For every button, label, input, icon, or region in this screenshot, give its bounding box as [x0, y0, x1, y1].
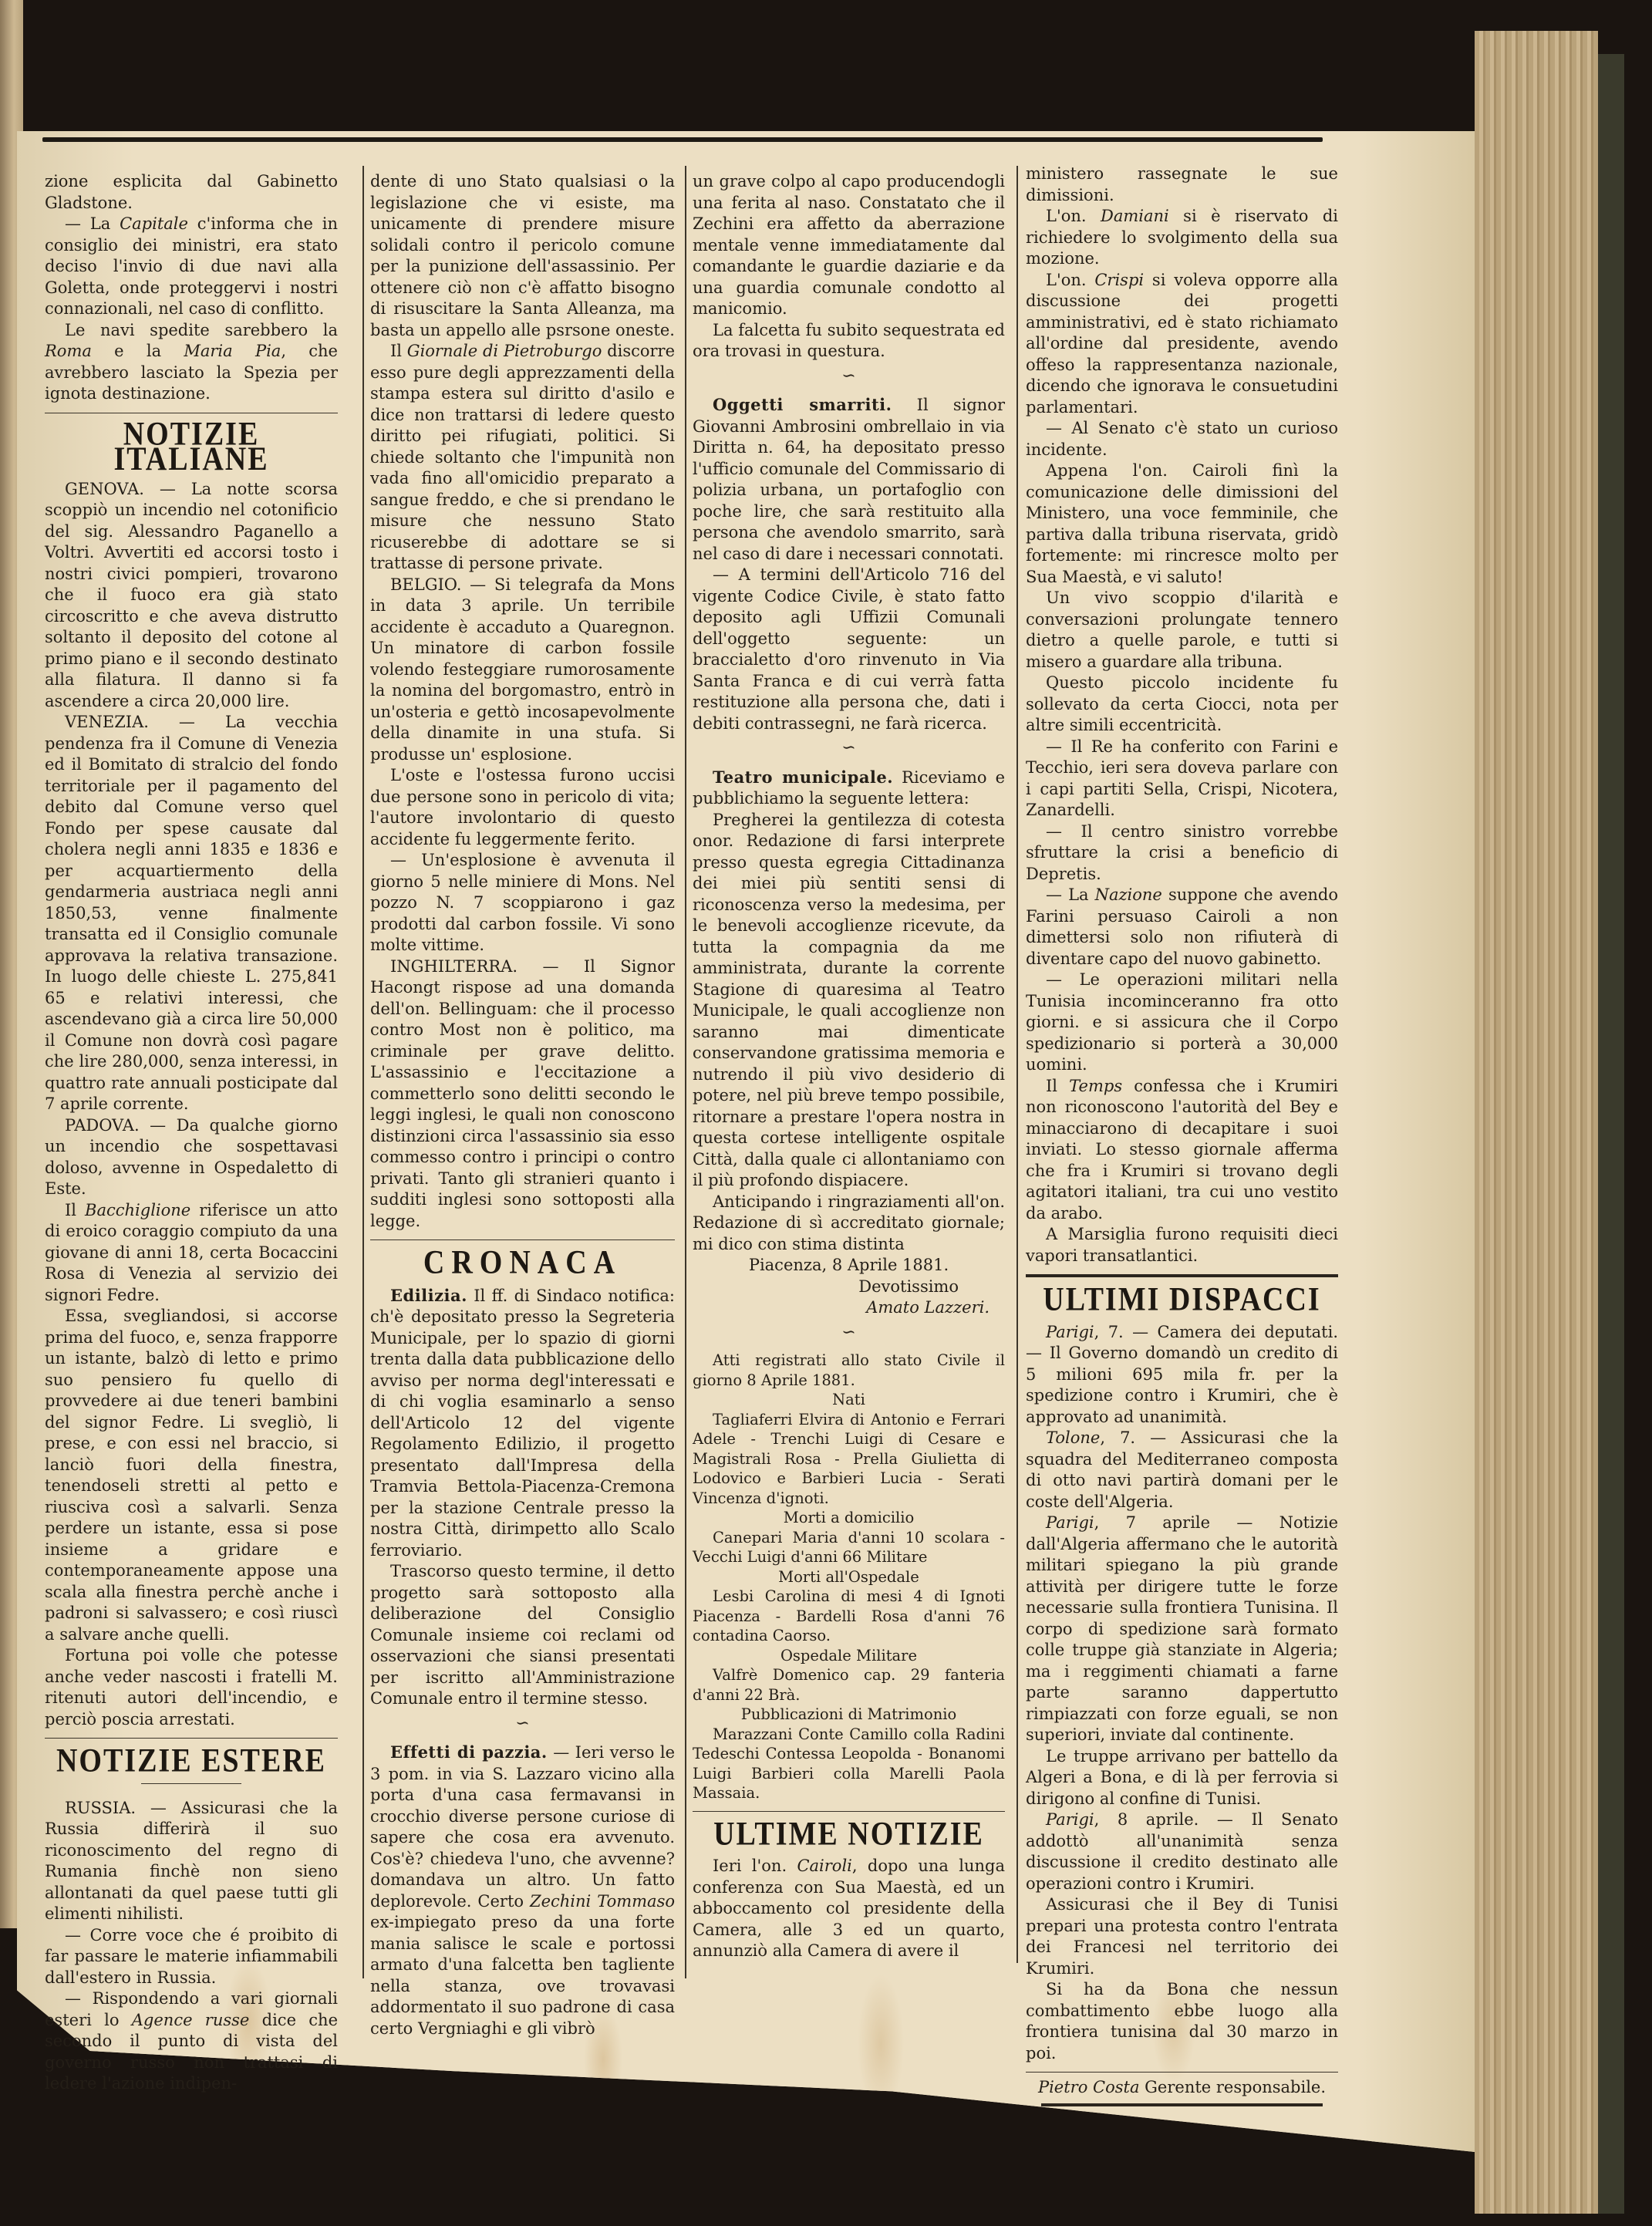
registry-heading: Ospedale Militare [693, 1646, 1005, 1666]
paragraph: L'on. Crispi si voleva opporre alla disc… [1026, 270, 1338, 419]
registry-heading: Nati [693, 1390, 1005, 1410]
paragraph: Il Giornale di Pietroburgo discorre esso… [370, 341, 675, 575]
paragraph: — Le operazioni militari nella Tunisia i… [1026, 970, 1338, 1076]
paragraph: — La Capitale c'informa che in consiglio… [45, 214, 338, 320]
column-1: zione esplicita dal Gabinetto Gladstone.… [45, 171, 338, 2095]
paragraph: ministero rassegnate le sue dimissioni. [1026, 164, 1338, 206]
article-teatro-municipale: Teatro municipale. Riceviamo e pubblichi… [693, 767, 1005, 810]
civil-registry-intro: Atti registrati allo stato Civile il gio… [693, 1351, 1005, 1390]
section-heading-notizie-estere: NOTIZIE ESTERE [45, 1749, 338, 1774]
article-inghilterra: INGHILTERRA. — Il Signor Hacongt rispose… [370, 956, 675, 1233]
registry-entries: Marazzani Conte Camillo colla Radini Ted… [693, 1725, 1005, 1803]
paragraph: zione esplicita dal Gabinetto Gladstone. [45, 171, 338, 214]
short-rule [141, 1783, 241, 1784]
paragraph: Un vivo scoppio d'ilarità e conversazion… [1026, 588, 1338, 673]
top-rule [42, 137, 1323, 142]
closing-rule [1041, 2103, 1323, 2106]
paragraph: L'oste e l'ostessa furono uccisi due per… [370, 765, 675, 850]
paragraph: Si ha da Bona che nessun combattimento e… [1026, 1979, 1338, 2064]
paragraph: A Marsiglia furono requisiti dieci vapor… [1026, 1224, 1338, 1266]
section-heading-notizie-italiane: NOTIZIE ITALIANE [45, 422, 338, 470]
article-genova: GENOVA. — La notte scorsa scoppiò un inc… [45, 479, 338, 713]
section-rule [1026, 1274, 1338, 1277]
article-edilizia: Edilizia. Il ff. di Sindaco notifica: ch… [370, 1285, 675, 1562]
paragraph: Fortuna poi volle che potesse anche vede… [45, 1645, 338, 1730]
registry-entries: Tagliaferri Elvira di Antonio e Ferrari … [693, 1410, 1005, 1509]
section-rule [693, 1811, 1005, 1812]
book-binding [1598, 54, 1624, 2214]
paragraph: Ieri l'on. Cairoli, dopo una lunga confe… [693, 1856, 1005, 1962]
paragraph: — La Nazione suppone che avendo Farini p… [1026, 885, 1338, 970]
column-2: dente di uno Stato qualsiasi o la legisl… [370, 171, 675, 2039]
paragraph: Trascorso questo termine, il detto proge… [370, 1561, 675, 1710]
letter-body: Pregherei la gentilezza di cotesta onor.… [693, 810, 1005, 1192]
paragraph: — Il Re ha conferito con Farini e Tecchi… [1026, 737, 1338, 821]
ornament-icon: ∽ [693, 737, 1005, 759]
section-heading-cronaca: CRONACA [370, 1251, 675, 1276]
paragraph: Appena l'on. Cairoli finì la comunicazio… [1026, 460, 1338, 588]
column-4: ministero rassegnate le sue dimissioni. … [1026, 164, 1338, 2111]
paragraph: Essa, svegliandosi, si accorse prima del… [45, 1306, 338, 1645]
ornament-icon: ∽ [370, 1713, 675, 1735]
letter-date: Piacenza, 8 Aprile 1881. [693, 1255, 1005, 1277]
registry-entries: Canepari Maria d'anni 10 scolara - Vecch… [693, 1528, 1005, 1567]
section-rule [45, 413, 338, 413]
registry-heading: Pubblicazioni di Matrimonio [693, 1705, 1005, 1725]
paragraph: Le truppe arrivano per battello da Alger… [1026, 1746, 1338, 1810]
registry-entries: Valfrè Domenico cap. 29 fanteria d'anni … [693, 1665, 1005, 1705]
article-belgio: BELGIO. — Si telegrafa da Mons in data 3… [370, 575, 675, 766]
registry-entries: Lesbi Carolina di mesi 4 di Ignoti Piace… [693, 1587, 1005, 1646]
paragraph: — Il centro sinistro vorrebbe sfruttare … [1026, 821, 1338, 885]
section-rule [45, 1738, 338, 1739]
paragraph: L'on. Damiani si è riservato di richiede… [1026, 206, 1338, 270]
paragraph: Il Bacchiglione riferisce un atto di ero… [45, 1200, 338, 1307]
article-oggetti-smarriti: Oggetti smarriti. Il signor Giovanni Amb… [693, 394, 1005, 565]
paragraph: Le navi spedite sarebbero la Roma e la M… [45, 320, 338, 405]
ornament-icon: ∽ [693, 1322, 1005, 1344]
paragraph: — Rispondendo a vari giornali esteri lo … [45, 1988, 338, 2095]
column-3: un grave colpo al capo producendogli una… [693, 171, 1005, 1962]
article-venezia: VENEZIA. — La vecchia pendenza fra il Co… [45, 712, 338, 1115]
ornament-icon: ∽ [693, 366, 1005, 387]
dispatch: Parigi, 7 aprile — Notizie dall'Algeria … [1026, 1513, 1338, 1746]
paragraph: — Un'esplosione è avvenuta il giorno 5 n… [370, 850, 675, 956]
paragraph: La falcetta fu subito sequestrata ed ora… [693, 320, 1005, 363]
paragraph: — A termini dell'Articolo 716 del vigent… [693, 565, 1005, 734]
paragraph: Questo piccolo incidente fu sollevato da… [1026, 673, 1338, 737]
article-effetti-di-pazzia: Effetti di pazzia. — Ieri verso le 3 pom… [370, 1742, 675, 2039]
paragraph: Il Temps confessa che i Krumiri non rico… [1026, 1076, 1338, 1225]
paragraph: dente di uno Stato qualsiasi o la legisl… [370, 171, 675, 341]
letter-closing: Devotissimo [693, 1277, 1005, 1298]
publisher-credit: Pietro Costa Gerente responsabile. [1026, 2077, 1338, 2099]
dispatch: Parigi, 7. — Camera dei deputati. — Il G… [1026, 1322, 1338, 1428]
paragraph: Assicurasi che il Bey di Tunisi prepari … [1026, 1894, 1338, 1979]
dispatch: Parigi, 8 aprile. — Il Senato addottò al… [1026, 1809, 1338, 1894]
paragraph: — Corre voce che é proibito di far passa… [45, 1925, 338, 1989]
paragraph: Anticipando i ringraziamenti all'on. Red… [693, 1192, 1005, 1256]
page-stack-edge [1475, 31, 1598, 2214]
column-divider [362, 166, 364, 1978]
section-heading-ultimi-dispacci: ULTIMI DISPACCI [1026, 1288, 1338, 1313]
dispatch: Tolone, 7. — Assicurasi che la squadra d… [1026, 1428, 1338, 1513]
section-heading-ultime-notizie: ULTIME NOTIZIE [693, 1822, 1005, 1847]
registry-heading: Morti a domicilio [693, 1508, 1005, 1528]
paragraph: — Al Senato c'è stato un curioso inciden… [1026, 418, 1338, 460]
letter-signature: Amato Lazzeri. [693, 1297, 1005, 1319]
paragraph: un grave colpo al capo producendogli una… [693, 171, 1005, 320]
article-padova: PADOVA. — Da qualche giorno un incendio … [45, 1115, 338, 1200]
section-rule [370, 1239, 675, 1240]
registry-heading: Morti all'Ospedale [693, 1567, 1005, 1587]
article-russia: RUSSIA. — Assicurasi che la Russia diffe… [45, 1798, 338, 1925]
column-divider [685, 166, 686, 1978]
column-divider [1016, 166, 1018, 1963]
section-rule [1026, 2072, 1338, 2073]
